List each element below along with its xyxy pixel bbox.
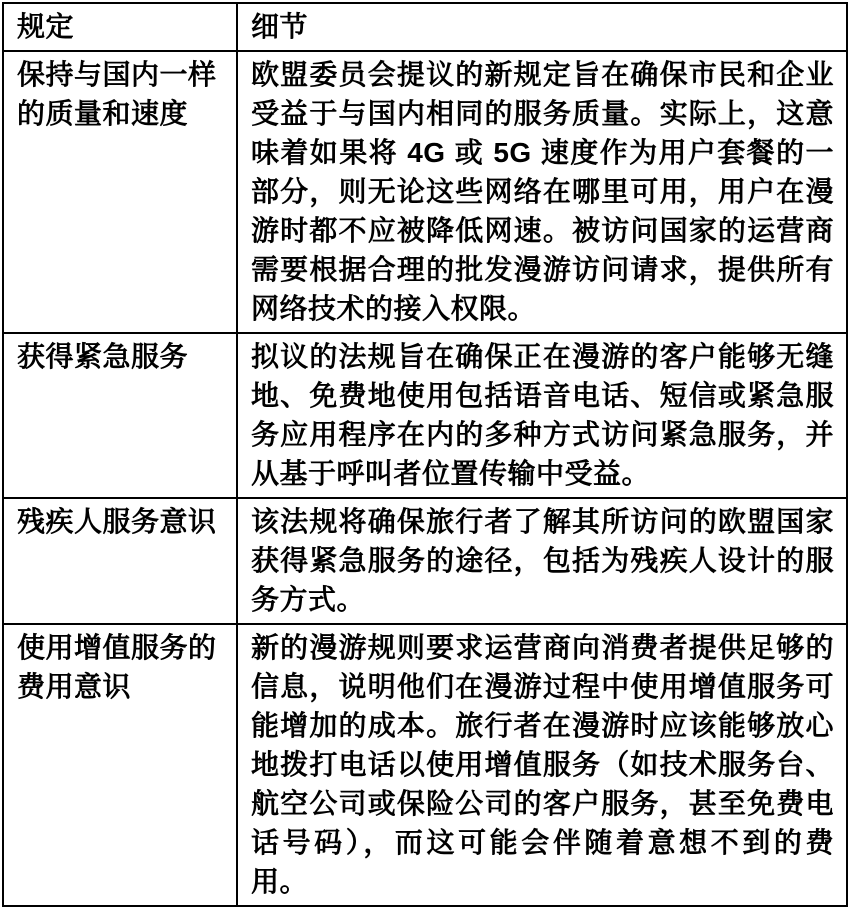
- header-row: 规定 细节: [3, 3, 847, 51]
- column-header-detail: 细节: [237, 3, 847, 51]
- roaming-rules-table: 规定 细节 保持与国内一样的质量和速度 欧盟委员会提议的新规定旨在确保市民和企业…: [2, 2, 848, 907]
- table-row: 保持与国内一样的质量和速度 欧盟委员会提议的新规定旨在确保市民和企业受益于与国内…: [3, 51, 847, 333]
- page: { "colors": { "border": "#000000", "text…: [0, 0, 848, 862]
- regulation-cell: 使用增值服务的费用意识: [3, 624, 237, 906]
- table-row: 使用增值服务的费用意识 新的漫游规则要求运营商向消费者提供足够的信息，说明他们在…: [3, 624, 847, 906]
- detail-cell: 新的漫游规则要求运营商向消费者提供足够的信息，说明他们在漫游过程中使用增值服务可…: [237, 624, 847, 906]
- regulation-cell: 获得紧急服务: [3, 333, 237, 498]
- detail-cell: 拟议的法规旨在确保正在漫游的客户能够无缝地、免费地使用包括语音电话、短信或紧急服…: [237, 333, 847, 498]
- regulation-cell: 残疾人服务意识: [3, 498, 237, 624]
- table-row: 获得紧急服务 拟议的法规旨在确保正在漫游的客户能够无缝地、免费地使用包括语音电话…: [3, 333, 847, 498]
- column-header-regulation: 规定: [3, 3, 237, 51]
- detail-cell: 欧盟委员会提议的新规定旨在确保市民和企业受益于与国内相同的服务质量。实际上，这意…: [237, 51, 847, 333]
- regulation-cell: 保持与国内一样的质量和速度: [3, 51, 237, 333]
- table-row: 残疾人服务意识 该法规将确保旅行者了解其所访问的欧盟国家获得紧急服务的途径，包括…: [3, 498, 847, 624]
- detail-cell: 该法规将确保旅行者了解其所访问的欧盟国家获得紧急服务的途径，包括为残疾人设计的服…: [237, 498, 847, 624]
